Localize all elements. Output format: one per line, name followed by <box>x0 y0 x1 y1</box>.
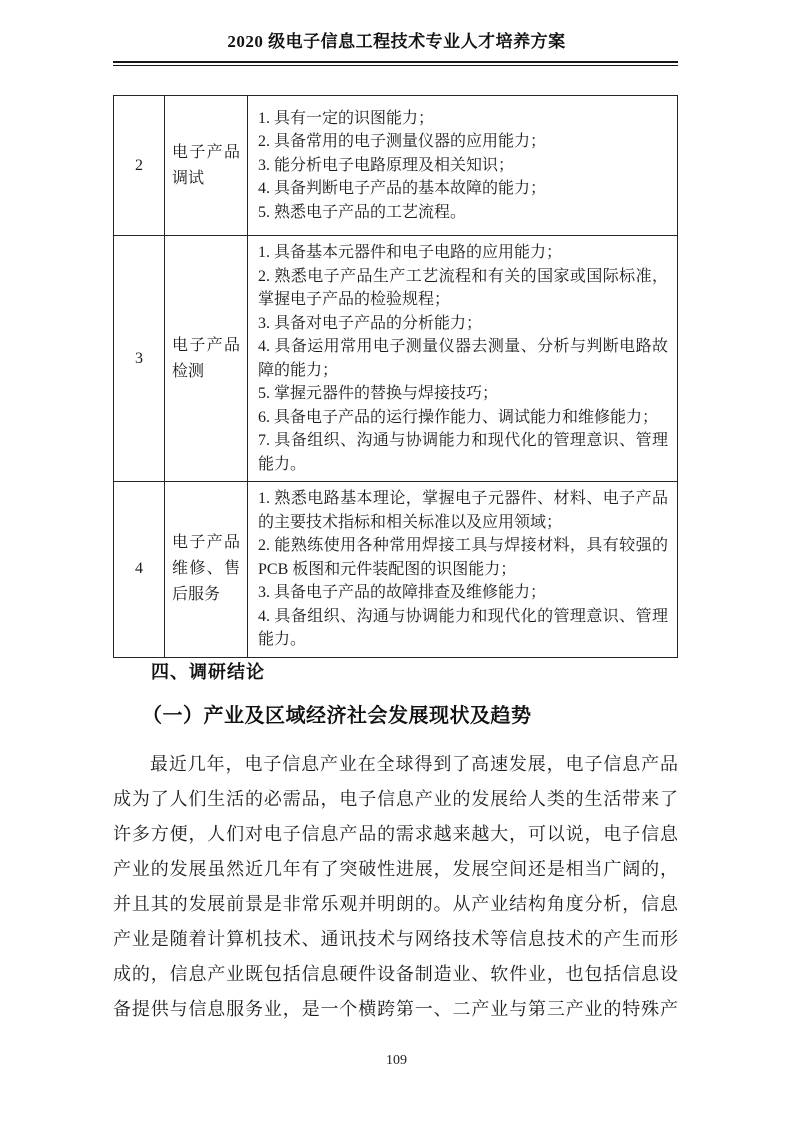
ability-item: 1. 具有一定的识图能力； <box>258 107 668 131</box>
section-heading-survey-conclusion: 四、调研结论 <box>151 658 265 684</box>
job-title-cell: 电子产品检测 <box>165 236 248 482</box>
job-abilities-table: 2 电子产品调试 1. 具有一定的识图能力； 2. 具备常用的电子测量仪器的应用… <box>113 95 678 658</box>
abilities-cell: 1. 熟悉电路基本理论，掌握电子元器件、材料、电子产品的主要技术指标和相关标准以… <box>248 482 678 658</box>
paragraph-line: 备提供与信息服务业，是一个横跨第一、二产业与第三产业的特殊产 <box>113 992 678 1027</box>
paragraph-line: 产业是随着计算机技术、通讯技术与网络技术等信息技术的产生而形 <box>113 922 678 957</box>
ability-item: 4. 具备运用常用电子测量仪器去测量、分析与判断电路故障的能力； <box>258 335 668 382</box>
paragraph-line: 产业的发展虽然近几年有了突破性进展，发展空间还是相当广阔的， <box>113 852 678 887</box>
ability-item: 7. 具备组织、沟通与协调能力和现代化的管理意识、管理能力。 <box>258 429 668 476</box>
ability-item: 1. 熟悉电路基本理论，掌握电子元器件、材料、电子产品的主要技术指标和相关标准以… <box>258 487 668 534</box>
header-rule <box>113 61 678 66</box>
page-number: 109 <box>0 1053 793 1069</box>
ability-item: 1. 具备基本元器件和电子电路的应用能力； <box>258 241 668 265</box>
table-row: 4 电子产品维修、售后服务 1. 熟悉电路基本理论，掌握电子元器件、材料、电子产… <box>114 482 678 658</box>
ability-item: 3. 具备对电子产品的分析能力； <box>258 312 668 336</box>
ability-item: 4. 具备组织、沟通与协调能力和现代化的管理意识、管理能力。 <box>258 605 668 652</box>
paragraph-line: 成为了人们生活的必需品，电子信息产业的发展给人类的生活带来了 <box>113 782 678 817</box>
ability-item: 5. 熟悉电子产品的工艺流程。 <box>258 201 668 225</box>
job-title-cell: 电子产品调试 <box>165 96 248 236</box>
paragraph-line: 并且其的发展前景是非常乐观并明朗的。从产业结构角度分析，信息 <box>113 887 678 922</box>
abilities-cell: 1. 具备基本元器件和电子电路的应用能力； 2. 熟悉电子产品生产工艺流程和有关… <box>248 236 678 482</box>
paragraph-line: 成的，信息产业既包括信息硬件设备制造业、软件业，也包括信息设 <box>113 957 678 992</box>
job-title-cell: 电子产品维修、售后服务 <box>165 482 248 658</box>
paragraph-line: 最近几年，电子信息产业在全球得到了高速发展，电子信息产品 <box>113 747 678 782</box>
table-row: 2 电子产品调试 1. 具有一定的识图能力； 2. 具备常用的电子测量仪器的应用… <box>114 96 678 236</box>
ability-item: 2. 能熟练使用各种常用焊接工具与焊接材料，具有较强的 PCB 板图和元件装配图… <box>258 534 668 581</box>
ability-item: 3. 具备电子产品的故障排查及维修能力； <box>258 581 668 605</box>
ability-item: 2. 具备常用的电子测量仪器的应用能力； <box>258 130 668 154</box>
row-number-cell: 2 <box>114 96 165 236</box>
ability-item: 2. 熟悉电子产品生产工艺流程和有关的国家或国际标准，掌握电子产品的检验规程； <box>258 265 668 312</box>
header-title: 2020 级电子信息工程技术专业人才培养方案 <box>0 27 793 52</box>
body-paragraph: 最近几年，电子信息产业在全球得到了高速发展，电子信息产品 成为了人们生活的必需品… <box>113 747 678 1027</box>
ability-item: 5. 掌握元器件的替换与焊接技巧； <box>258 382 668 406</box>
subsection-heading-industry-trends: （一）产业及区域经济社会发展现状及趋势 <box>142 699 532 728</box>
table-row: 3 电子产品检测 1. 具备基本元器件和电子电路的应用能力； 2. 熟悉电子产品… <box>114 236 678 482</box>
ability-item: 6. 具备电子产品的运行操作能力、调试能力和维修能力； <box>258 406 668 430</box>
abilities-cell: 1. 具有一定的识图能力； 2. 具备常用的电子测量仪器的应用能力； 3. 能分… <box>248 96 678 236</box>
document-page: 2020 级电子信息工程技术专业人才培养方案 2 电子产品调试 1. 具有一定的… <box>0 0 793 1122</box>
paragraph-line: 许多方便，人们对电子信息产品的需求越来越大，可以说，电子信息 <box>113 817 678 852</box>
row-number-cell: 4 <box>114 482 165 658</box>
ability-item: 4. 具备判断电子产品的基本故障的能力； <box>258 177 668 201</box>
row-number-cell: 3 <box>114 236 165 482</box>
ability-item: 3. 能分析电子电路原理及相关知识； <box>258 154 668 178</box>
